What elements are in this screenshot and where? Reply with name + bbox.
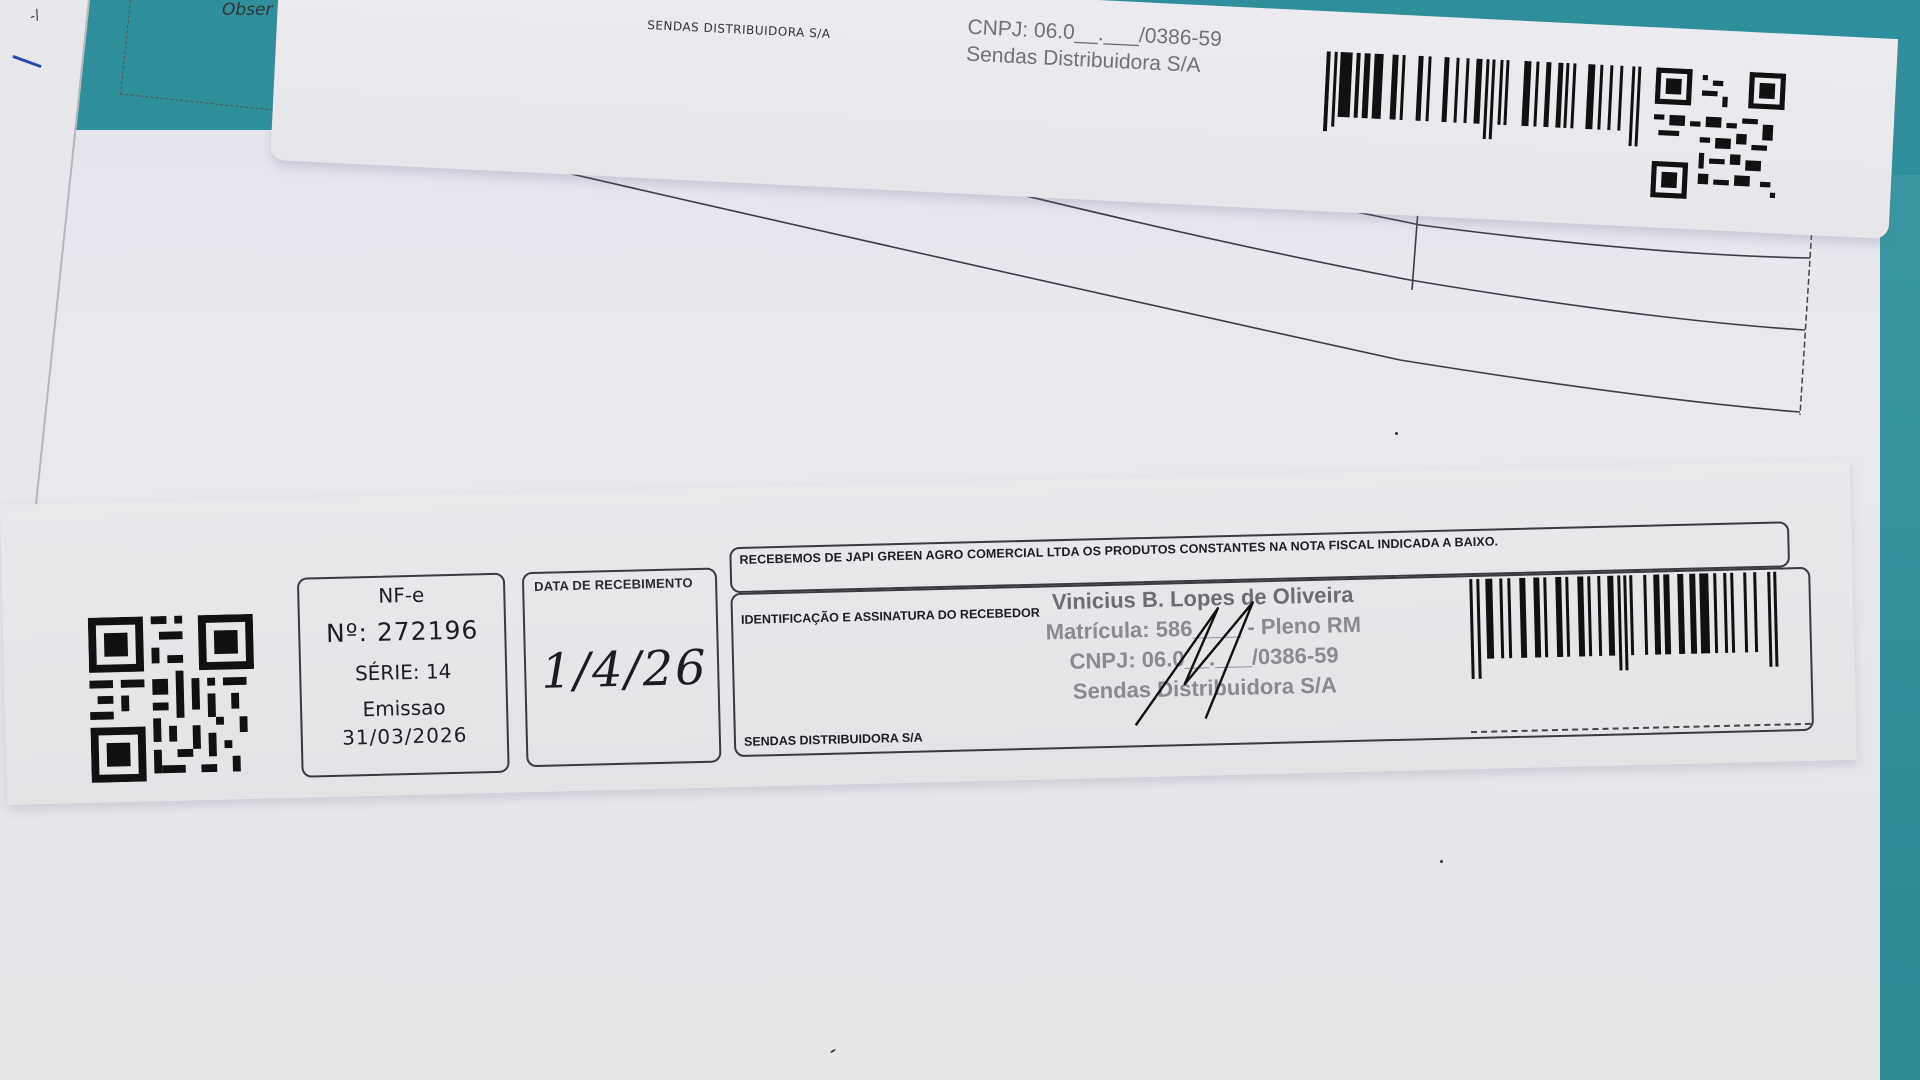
paper-speck <box>1395 432 1398 435</box>
qr-code-icon <box>1650 67 1786 203</box>
receipt-date-label: DATA DE RECEBIMENTO <box>524 570 715 595</box>
paper-speck <box>1440 860 1443 863</box>
nfe-number: Nº: 272196 <box>300 615 505 649</box>
signature-label: IDENTIFICAÇÃO E ASSINATURA DO RECEBEDOR <box>741 606 1040 627</box>
nfe-title: NF-e <box>299 581 504 610</box>
left-sheet <box>0 0 90 520</box>
nfe-receipt-stub: NF-e Nº: 272196 SÉRIE: 14 Emissao 31/03/… <box>0 460 1857 805</box>
receipt-date-handwritten: 1/4/26 <box>541 640 709 700</box>
observation-label-fragment: Obser <box>222 0 272 20</box>
left-sheet-edge: -/ <box>0 0 90 520</box>
handwritten-signature <box>1123 597 1276 731</box>
receipt-date-box: DATA DE RECEBIMENTO 1/4/26 <box>522 568 722 768</box>
nfe-info-box: NF-e Nº: 272196 SÉRIE: 14 Emissao 31/03/… <box>297 573 510 778</box>
upper-company-footer: SENDAS DISTRIBUIDORA S/A <box>647 18 831 41</box>
receiver-company: SENDAS DISTRIBUIDORA S/A <box>744 731 923 749</box>
nfe-emissao-date: 31/03/2026 <box>303 722 508 751</box>
barcode-icon <box>1323 51 1647 147</box>
upper-receiver-stamp: CNPJ: 06.0__.___/0386-59 Sendas Distribu… <box>966 14 1223 80</box>
qr-code-icon <box>88 614 257 783</box>
nfe-emissao-label: Emissao <box>302 694 507 723</box>
nfe-serie: SÉRIE: 14 <box>301 658 506 687</box>
barcode-icon <box>1467 571 1789 679</box>
receipt-declaration: RECEBEMOS DE JAPI GREEN AGRO COMERCIAL L… <box>731 523 1787 567</box>
